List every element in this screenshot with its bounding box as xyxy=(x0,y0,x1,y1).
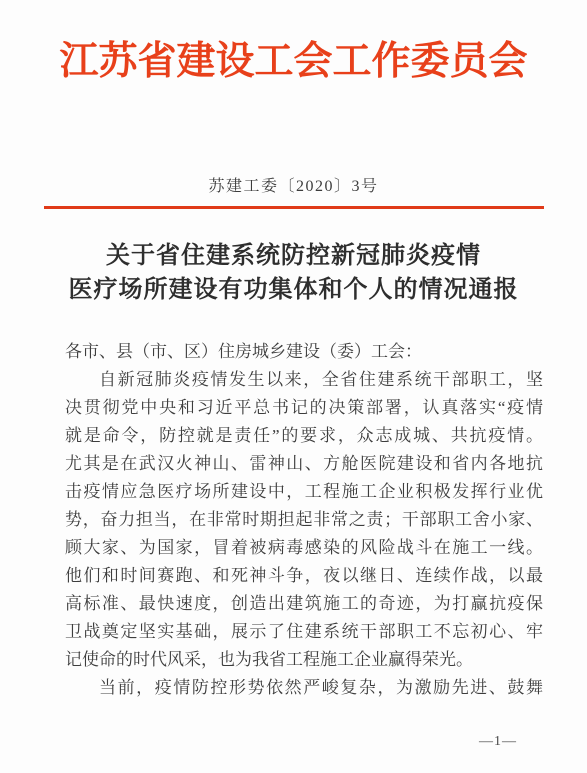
body-line: 击疫情应急医疗场所建设中，工程施工企业积极发挥行业优 xyxy=(65,478,543,506)
document-page: 江苏省建设工会工作委员会 苏建工委〔2020〕3号 关于省住建系统防控新冠肺炎疫… xyxy=(0,0,587,773)
body-line: 他们和时间赛跑、和死神斗争，夜以继日、连续作战，以最 xyxy=(65,562,543,590)
body-line: 决贯彻党中央和习近平总书记的决策部署，认真落实“疫情 xyxy=(65,394,543,422)
letterhead-title: 江苏省建设工会工作委员会 xyxy=(0,0,587,87)
body-line: 顾大家、为国家，冒着被病毒感染的风险战斗在施工一线。 xyxy=(65,534,543,562)
body-line: 自新冠肺炎疫情发生以来，全省住建系统干部职工，坚 xyxy=(65,366,543,394)
body-line: 尤其是在武汉火神山、雷神山、方舱医院建设和省内各地抗 xyxy=(65,450,543,478)
page-number: —1— xyxy=(479,735,517,749)
body-line: 高标准、最快速度，创造出建筑施工的奇迹，为打赢抗疫保 xyxy=(65,590,543,618)
body-line: 卫战奠定坚实基础，展示了住建系统干部职工不忘初心、牢 xyxy=(65,618,543,646)
document-title: 关于省住建系统防控新冠肺炎疫情 医疗场所建设有功集体和个人的情况通报 xyxy=(0,239,587,307)
body-line: 势，奋力担当，在非常时期担起非常之责；干部职工舍小家、 xyxy=(65,506,543,534)
salutation: 各市、县（市、区）住房城乡建设（委）工会： xyxy=(65,338,543,366)
document-number: 苏建工委〔2020〕3号 xyxy=(0,177,587,197)
document-body: 各市、县（市、区）住房城乡建设（委）工会： 自新冠肺炎疫情发生以来，全省住建系统… xyxy=(65,338,543,702)
document-title-line2: 医疗场所建设有功集体和个人的情况通报 xyxy=(0,273,587,307)
document-title-line1: 关于省住建系统防控新冠肺炎疫情 xyxy=(0,239,587,273)
body-line: 记使命的时代风采，也为我省工程施工企业赢得荣光。 xyxy=(65,646,543,674)
body-line: 当前，疫情防控形势依然严峻复杂，为激励先进、鼓舞 xyxy=(65,674,543,702)
red-divider-line xyxy=(44,206,544,209)
body-line: 就是命令，防控就是责任”的要求，众志成城、共抗疫情。 xyxy=(65,422,543,450)
